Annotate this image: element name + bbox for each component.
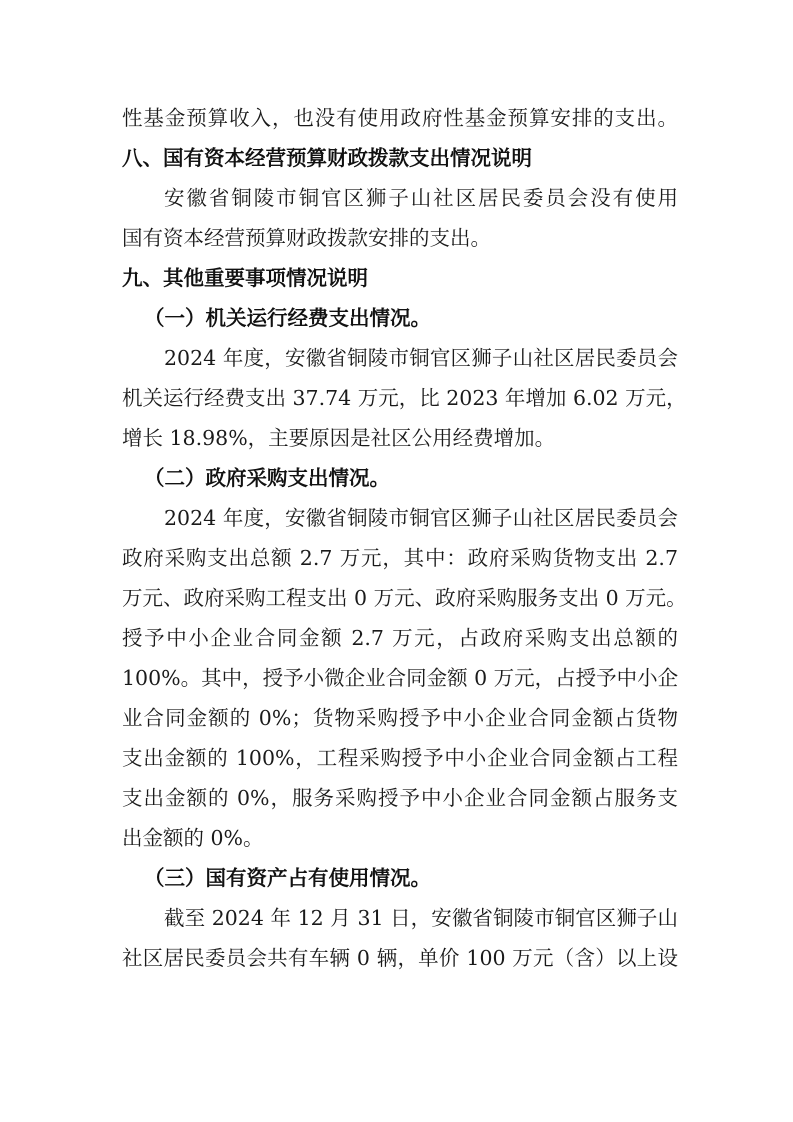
section-heading-8: 八、国有资本经营预算财政拨款支出情况说明 xyxy=(122,138,678,178)
body-line-continuation: 性基金预算收入，也没有使用政府性基金预算安排的支出。 xyxy=(122,98,678,138)
paragraph-line: 万元、政府采购工程支出 0 万元、政府采购服务支出 0 万元。 xyxy=(122,578,678,618)
paragraph-line: 安徽省铜陵市铜官区狮子山社区居民委员会没有使用 xyxy=(122,178,678,218)
document-page: 性基金预算收入，也没有使用政府性基金预算安排的支出。 八、国有资本经营预算财政拨… xyxy=(122,98,678,978)
paragraph-line: 支出金额的 100%，工程采购授予中小企业合同金额占工程 xyxy=(122,738,678,778)
section-heading-9: 九、其他重要事项情况说明 xyxy=(122,258,678,298)
paragraph-line: 2024 年度，安徽省铜陵市铜官区狮子山社区居民委员会 xyxy=(122,338,678,378)
paragraph-line: 出金额的 0%。 xyxy=(122,818,678,858)
paragraph-line: 社区居民委员会共有车辆 0 辆，单价 100 万元（含）以上设 xyxy=(122,938,678,978)
paragraph-line: 截至 2024 年 12 月 31 日，安徽省铜陵市铜官区狮子山 xyxy=(122,898,678,938)
paragraph-line: 100%。其中，授予小微企业合同金额 0 万元，占授予中小企 xyxy=(122,658,678,698)
subsection-heading-1: （一）机关运行经费支出情况。 xyxy=(122,298,678,338)
paragraph-line: 支出金额的 0%，服务采购授予中小企业合同金额占服务支 xyxy=(122,778,678,818)
paragraph-line: 2024 年度，安徽省铜陵市铜官区狮子山社区居民委员会 xyxy=(122,498,678,538)
paragraph-line: 业合同金额的 0%；货物采购授予中小企业合同金额占货物 xyxy=(122,698,678,738)
subsection-heading-2: （二）政府采购支出情况。 xyxy=(122,458,678,498)
paragraph-line: 授予中小企业合同金额 2.7 万元，占政府采购支出总额的 xyxy=(122,618,678,658)
paragraph-line: 机关运行经费支出 37.74 万元，比 2023 年增加 6.02 万元， xyxy=(122,378,678,418)
paragraph-line: 政府采购支出总额 2.7 万元，其中：政府采购货物支出 2.7 xyxy=(122,538,678,578)
paragraph-line: 增长 18.98%，主要原因是社区公用经费增加。 xyxy=(122,418,678,458)
subsection-heading-3: （三）国有资产占有使用情况。 xyxy=(122,858,678,898)
paragraph-line: 国有资本经营预算财政拨款安排的支出。 xyxy=(122,218,678,258)
